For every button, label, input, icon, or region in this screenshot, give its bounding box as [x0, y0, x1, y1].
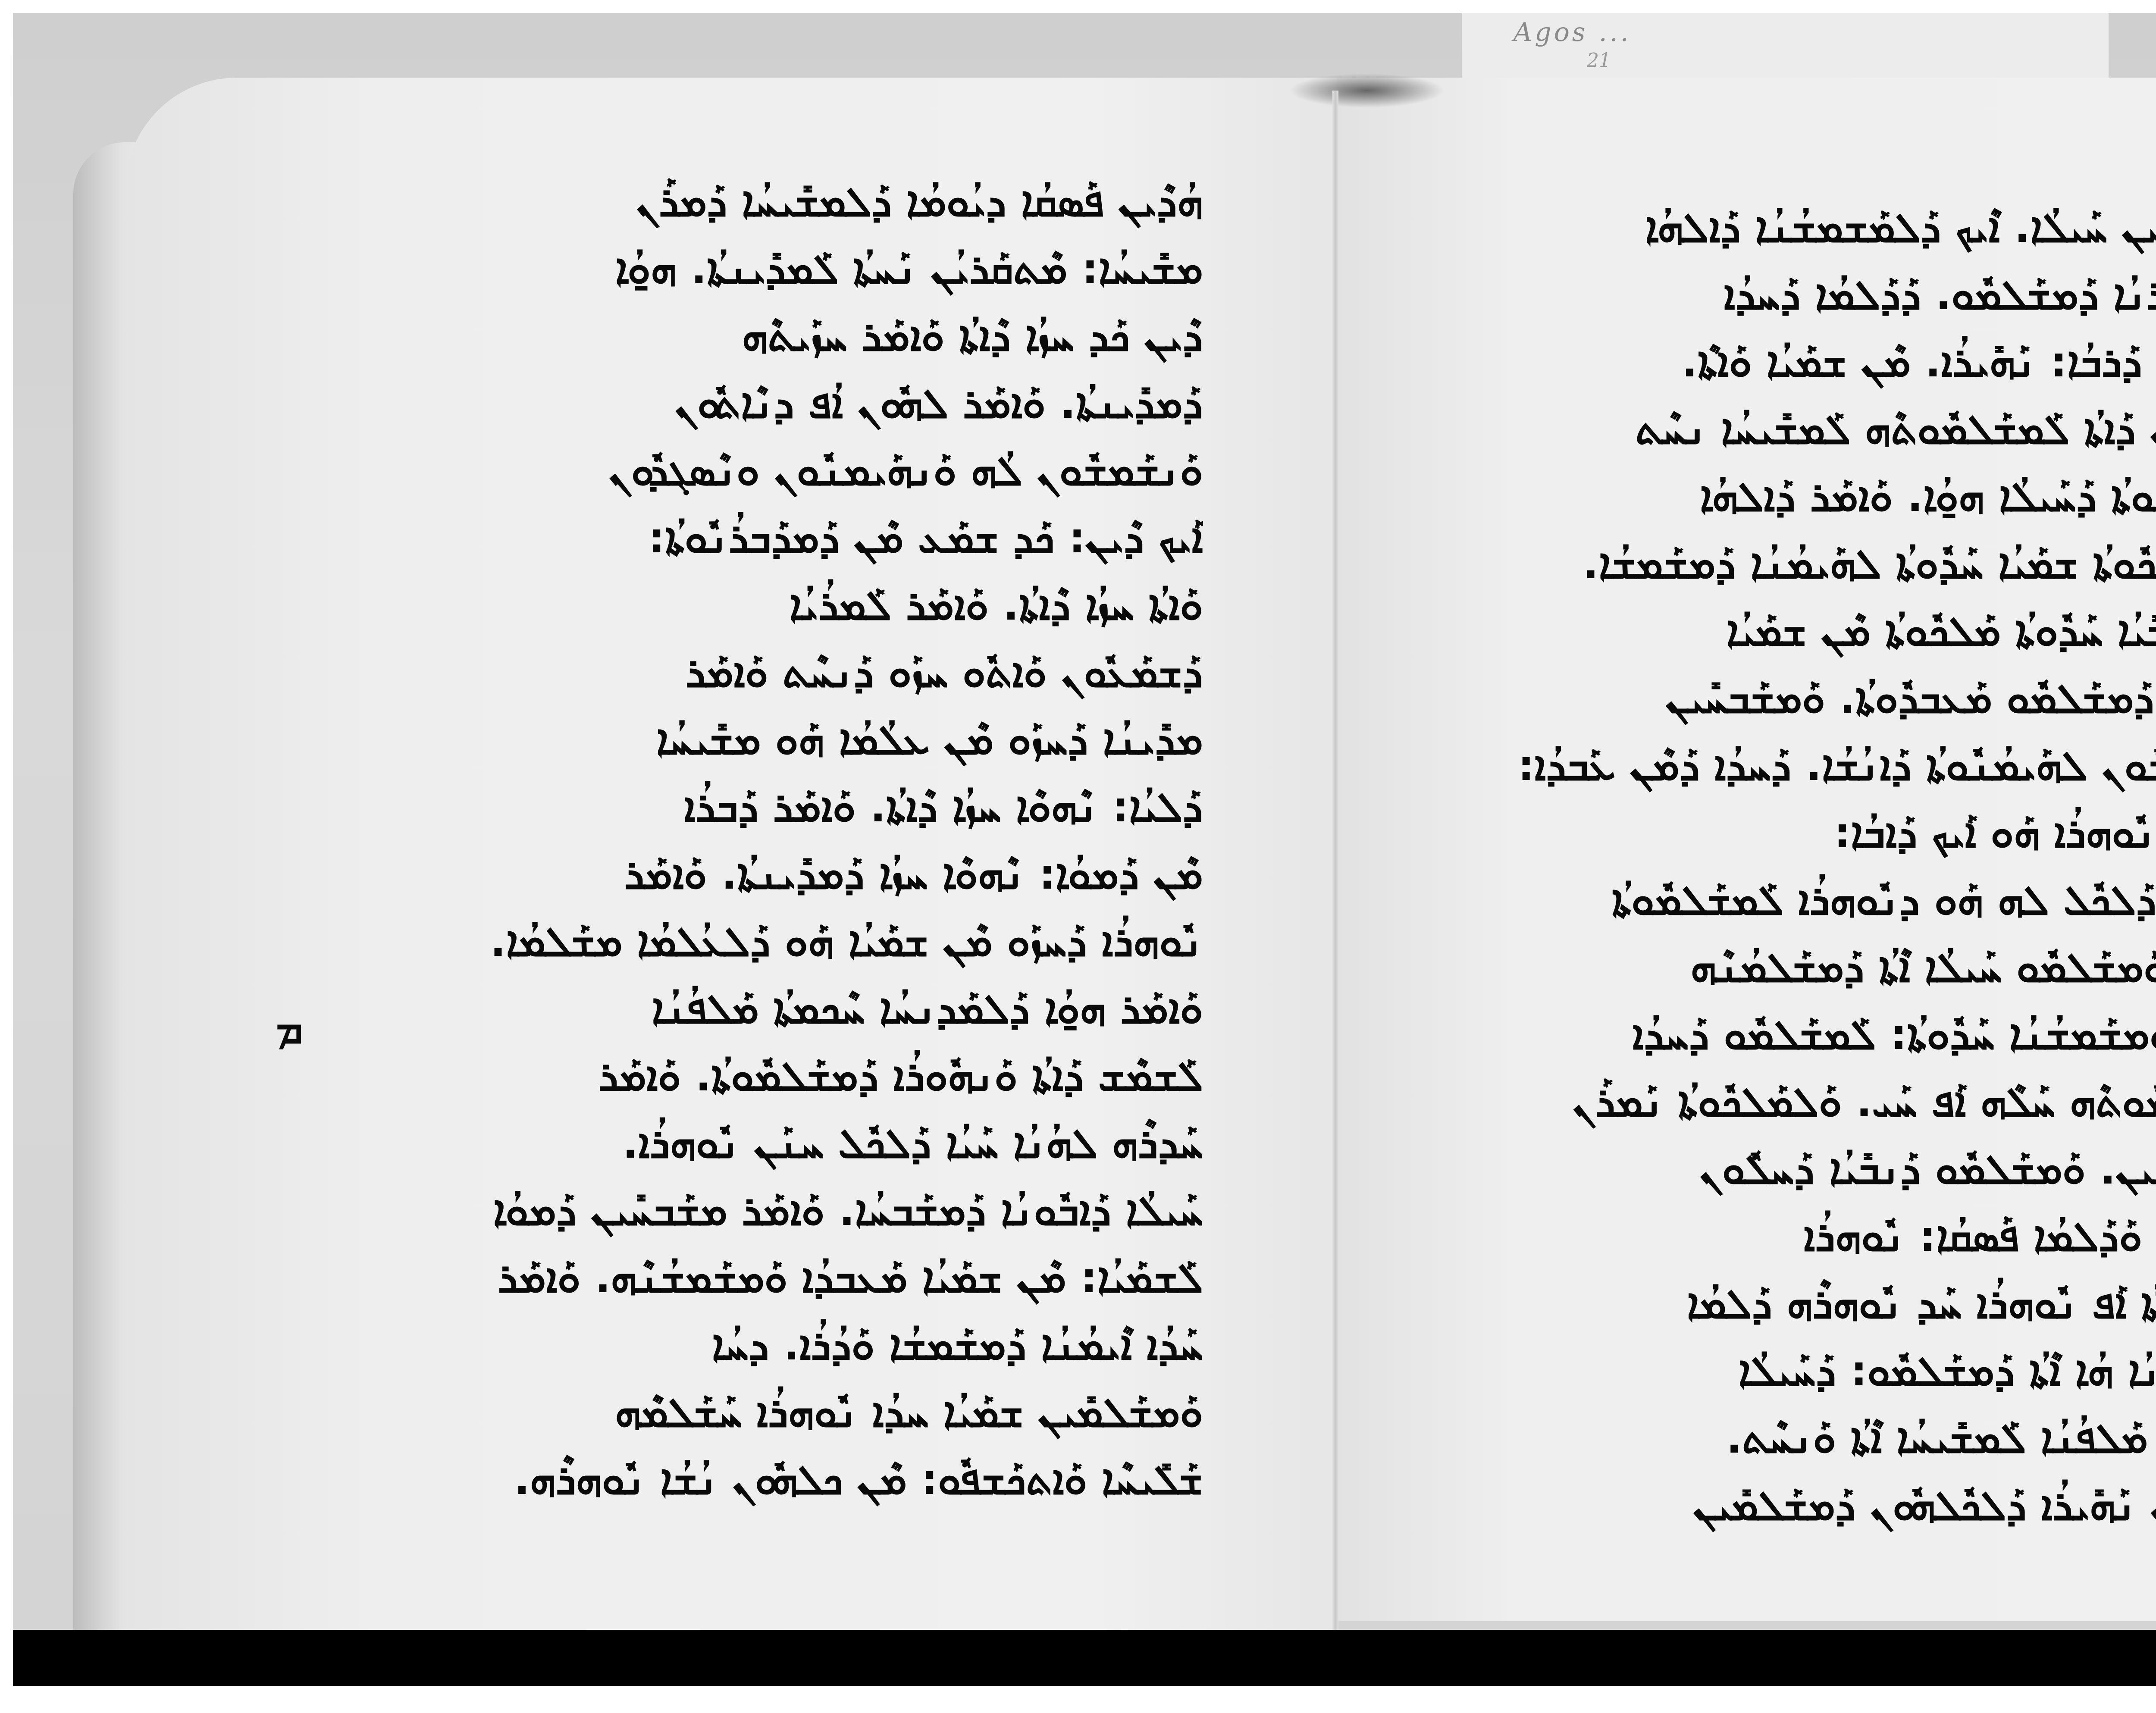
text-line: ܡܰܠܟܳܐ ܘܰܡܫܰܡܫܳܢܳܐ ܚܰܕܽܘܬܳܐ: ܠܰܡܫܰܠܡܽܘ ܕ…: [1384, 1001, 2156, 1068]
text-line: ܡܰܠܟܳܐ ܐܶܢܳܐ ܗܳܐ ܐܶܬܳܐ ܕܰܡܫܰܠܡܽܘ: ܕܰܚܰܝܠ…: [1384, 1337, 2156, 1405]
right-page-text: ܢܰܦܫܳܐ ܕܶܝܢ ܚܰܝܠܳܐ. ܐܶܝܟ ܕܰܠܡܰܫܡܫܳܢܳܐ ܕܰ…: [1384, 194, 2156, 1607]
text-line: ܘܰܐܡܰܪ ܗ̱ܘܳܐ ܕܰܠܡܰܕܢܚܳܐ ܚܶܟܡܬܳܐ ܡܰܠܦܳܢܳܐ: [332, 975, 1203, 1043]
text-line: ܕܰܡܫܰܡܫܽܘܢ ܠܗܰܝܡܳܢܽܘܬܳܐ ܕܰܐܢܳܫܳܐ. ܕܰܚܕܳܐ…: [1384, 732, 2156, 799]
text-line: ܕܰܡܕܺܝܢܬܳܐ. ܘܰܐܡܰܪ ܠܗܽܘܢ ܐܳܦ ܕܢܶܐܬܽܘܢ: [332, 370, 1203, 437]
text-line: ܢܽܘܗܪܳܐ ܕܰܠܟܽܠ ܠܗ ܗܰܘ ܕܢܽܘܗܪܳܐ ܠܰܡܫܰܠܡܽܘ…: [1384, 867, 2156, 934]
bottom-shadow-band: [13, 1630, 2156, 1686]
text-line: ܕܰܫܡܰܥܽܘܢ ܘܰܐܬܽܘ ܚܙܰܘ ܕܰܢܚܶܬ ܘܰܐܡܰܪ: [332, 639, 1203, 706]
text-line: ܠܗܳܕܶܝܢ ܡܰܠܦܳܢܳܐ ܠܰܡܫܺܝܚܳܐ ܐܶܬܳܐ ܘܰܢܚܶܬ.: [1384, 1405, 2156, 1472]
text-line: ܡܰܠܟܽܘܬܳܐ ܘܰܕܰܠܡܳܐ ܦܰܣܩܳܐ: ܢܽܘܗܪܳܐ: [1384, 1203, 2156, 1270]
text-line: ܐܰܦ ܕܰܐܚܪܳܢܳܐ ܕܰܡܫܰܠܡܽܘ. ܕܰܕܰܠܡܳܐ ܕܰܚܕܳܐ: [1384, 261, 2156, 329]
shelf-label-number: 21: [1587, 50, 1611, 72]
text-line: ܘܰܡܫܰܠܡܽܘܬܶܗ ܚܰܠܶܗ ܐܰܦ ܚܰܝ. ܘܰܠܡܰܠܟܽܘܬܳܐ…: [1384, 1068, 2156, 1136]
text-line: ܡܫܺܝܚܳܐ: ܡܶܬܩܰܪܝܳܢ ܢܰܚܬܳܐ ܠܰܡܕܺܝܢܬܳܐ. ܗ̱…: [332, 235, 1203, 303]
text-line: ܕܰܠܝܳܐ: ܢܶܗܘܶܐ ܚܙܳܐ ܕܶܐܬܳܐ. ܘܰܐܡܰܪ ܕܰܒܪܳ…: [332, 774, 1203, 841]
text-line: ܕܶܝܢ ܟܰܕ ܚܙܳܐ ܕܶܐܬܳܐ ܘܰܐܡܰܪ ܚܙܰܝܬܶܗ: [332, 303, 1203, 370]
text-line: ܫܡܺܝܢܳܐ ܕܰܡܫܰܠܡܽܘ ܡܰܥܒܕܽܘܬܳܐ. ܘܰܡܫܰܒܚܺܝܢ: [1384, 665, 2156, 732]
text-line: ܢܽܘܗܪܶܗ ܕܰܪܒܳܐ: ܢܰܗܺܝܪܳܐ. ܡܶܢ ܫܡܰܝܳܐ ܘܰܐ…: [1384, 329, 2156, 396]
text-line: ܚܰܕܳܐ ܐܶܝܡܳܢܳܐ ܕܰܡܫܰܡܫܳܐ ܘܰܕܳܪܳܐ. ܕܚܳܐ: [332, 1312, 1203, 1379]
text-line: ܢܰܦܫܳܐ ܕܶܝܢ ܚܰܝܠܳܐ. ܐܶܝܟ ܕܰܠܡܰܫܡܫܳܢܳܐ ܕܰ…: [1384, 194, 2156, 261]
text-line: ܠܰܫܡܰܝܳܐ: ܡܶܢ ܫܡܰܝܳܐ ܡܰܥܒܕܳܐ ܘܰܡܫܰܡܫܳܢܶܗ…: [332, 1244, 1203, 1312]
shelf-label-text: Agos ...: [1514, 17, 1631, 47]
text-line: ܐܰܚܶܐ ܕܰܢܒܺܝܳܐ ܚܰܕܽܘܬܳܐ ܡܰܠܟܽܘܬܳܐ ܡܶܢ ܫܡ…: [1384, 598, 2156, 665]
text-line: ܢܽܘܗܪܳܐ ܕܰܚܙܰܘ ܡܶܢ ܫܡܰܝܳܐ ܗܰܘ ܕܰܠܥܳܠܡܳܐ …: [332, 908, 1203, 975]
text-line: ܐܰܝܟ ܕܶܝܢ: ܟܰܕ ܫܡܰܥ ܡܶܢ ܕܰܡܕܰܒܪܳܢܽܘܬܳܐ:: [332, 504, 1203, 572]
text-line: ܕܰܒܪܳܐ: ܘܰܡܫܰܠܡܽܘ ܚܰܝܠܳܐ ܐܶܬܳܐ ܕܰܡܫܰܠܡܳܢ…: [1384, 934, 2156, 1001]
text-line: ܘܰܐܬܳܐ ܚܙܳܐ ܕܶܐܬܳܐ. ܘܰܐܡܰܪ ܠܰܡܪܳܝܳܐ: [332, 572, 1203, 639]
text-line: ܕܰܠܡܳܐ ܐܶܬܳܐ ܐܰܦ ܢܽܘܗܪܳܐ ܚܰܕ ܢܽܘܗܪܶܗ ܕܰܠ…: [1384, 1270, 2156, 1337]
text-line: ܘܰܢܫܰܡܫܽܘܢ ܠܳܗ ܘܰܢܗܰܝܡܢܽܘܢ ܘܢܶܣܓܕܽܘܢ: [332, 437, 1203, 504]
text-line: ܕܰܡܫܰܒܚܺܝܢ. ܘܰܡܫܰܠܡܽܘ ܕܰܢܒܺܝܳܐ ܕܰܚܠܽܘܢ: [1384, 1136, 2156, 1203]
text-line: ܚܰܕܳܐ ܐܶܬܳܐ ܢܽܘܗܪܳܐ ܗܰܘ ܐܰܝܟ ܕܰܐܒܳܐ:: [1384, 799, 2156, 867]
text-line: ܗܳܕܶܝܢ ܦܰܣܩܳܐ ܕܝܳܘܡܳܐ ܕܰܠܡܫܺܝܚܳܐ ܕܰܡܪܰܢ: [332, 168, 1203, 235]
manuscript-photograph: Agos ... 21 ܗܳܕܶܝܢ ܦܰܣܩܳܐ ܕܝܳܘܡܳܐ ܕܰܠܡܫܺ…: [13, 13, 2156, 1686]
text-line: ܗܰܘ ܕܶܝܢ ܕܰܐܬܳܐ ܠܰܡܫܰܠܡܽܘܬܶܗ ܠܰܡܫܺܝܚܳܐ ܢ…: [1384, 396, 2156, 463]
text-line: ܘܰܡܫܰܠܡܺܝܢ ܫܡܰܝܳܐ ܚܕܳܐ ܢܽܘܗܪܳܐ ܚܰܫܰܠܡܶܗ: [332, 1379, 1203, 1446]
text-line: ܚܰܕܪܶܗ ܠܗܳܢܳܐ ܚܰܝܳܐ ܕܰܠܟܽܠ ܚܢܰܢ ܢܽܘܗܪܳܐ.: [332, 1110, 1203, 1177]
text-line: ܐܰܚܶܐ ܕܶܝܢ ܢܰܗܺܝܪܳܐ ܕܰܠܟܽܠܗܽܘܢ ܕܰܡܫܰܠܡܺܝ…: [1384, 1472, 2156, 1539]
text-line: ܫܰܠܺܝܚܶܐ ܘܰܐܬܟܰܫܦܽܘ: ܡܶܢ ܟܠܗܽܘܢ ܢܳܫܳܐ ܢܽ…: [332, 1446, 1203, 1513]
margin-note: ܡ: [276, 1005, 303, 1054]
text-line: ܡܕܺܝܢܳܐ ܕܰܚܙܰܘ ܡܶܢ ܥܠܳܡܳܐ ܗܰܘ ܡܫܺܝܚܳܐ: [332, 706, 1203, 774]
left-page-text: ܗܳܕܶܝܢ ܦܰܣܩܳܐ ܕܝܳܘܡܳܐ ܕܰܠܡܫܺܝܚܳܐ ܕܰܡܪܰܢ …: [332, 168, 1203, 1513]
gutter-shadow: [1289, 73, 1445, 108]
text-line: ܠܗܰܝܡܳܢܽܘܬܳܐ ܕܰܚܰܝܠܳܐ ܗ̱ܘܳܐ. ܘܰܐܡܰܪ ܕܰܐܠ…: [1384, 463, 2156, 530]
text-line: ܡܶܢ ܡܰܠܟܽܘܬܳܐ ܫܡܰܝܳܐ ܚܰܕܽܘܬܳܐ ܠܗܰܝܡܳܢܳܐ …: [1384, 530, 2156, 598]
text-line: ܚܰܝܠܳܐ ܕܰܐܒܽܘܢܳܐ ܕܰܡܫܰܒܚܳܐ. ܘܰܐܡܰܪ ܡܫܰܒܚ…: [332, 1177, 1203, 1244]
shelf-label-slip: Agos ... 21: [1462, 13, 2109, 78]
text-line: ܠܰܫܡܶܫ ܕܰܐܬܳܐ ܘܰܢܗܽܘܪܳܐ ܕܰܡܫܰܠܡܽܘܬܳܐ. ܘܰ…: [332, 1043, 1203, 1110]
text-line: ܗܳܕܶܝܢ: [1384, 1539, 2156, 1607]
gutter: [1332, 91, 1338, 1634]
text-line: ܡܶܢ ܕܰܡܘܳܐ: ܢܶܗܘܶܐ ܚܙܳܐ ܕܰܡܕܺܝܢܬܳܐ. ܘܰܐܡ…: [332, 841, 1203, 908]
